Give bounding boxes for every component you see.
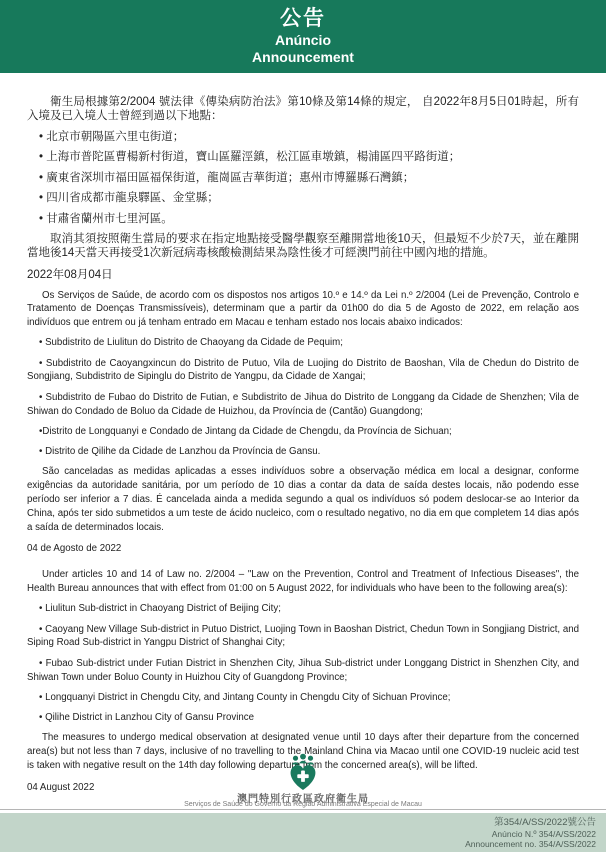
page-title-zh: 公告 [0, 6, 606, 32]
pt-location-item: • Distrito de Qilihe da Cidade de Lanzho… [27, 445, 579, 459]
zh-date: 2022年08月04日 [27, 268, 579, 282]
footer-reference-bar: 第354/A/SS/2022號公告 Anúncio N.º 354/A/SS/2… [0, 813, 606, 852]
zh-location-item: • 甘肅省蘭州市七里河區。 [27, 212, 579, 226]
page-title-en: Announcement [0, 49, 606, 66]
footer-divider [0, 809, 606, 810]
pt-location-item: •Distrito de Longquanyi e Condado de Jin… [27, 425, 579, 439]
en-location-item: • Fubao Sub-district under Futian Distri… [27, 657, 579, 685]
zh-location-item: • 上海市普陀區曹楊新村街道，寶山區羅涇鎮，松江區車墩鎮，楊浦區四平路街道； [27, 150, 579, 164]
en-location-item: • Longquanyi District in Chengdu City, a… [27, 691, 579, 705]
page-title-pt: Anúncio [0, 32, 606, 49]
announcement-number-pt: Anúncio N.º 354/A/SS/2022 [0, 829, 596, 839]
zh-location-item: • 廣東省深圳市福田區福保街道，龍崗區吉華街道；惠州市博羅縣石灣鎮； [27, 171, 579, 185]
en-location-item: • Liulitun Sub-district in Chaoyang Dist… [27, 602, 579, 616]
zh-intro-paragraph: 衛生局根據第2/2004 號法律《傳染病防治法》第10條及第14條的規定， 自2… [27, 95, 579, 123]
pt-location-item: • Subdistrito de Liulitun do Distrito de… [27, 336, 579, 350]
announcement-number-zh: 第354/A/SS/2022號公告 [0, 817, 596, 829]
announcement-page: 公告 Anúncio Announcement 衛生局根據第2/2004 號法律… [0, 0, 606, 852]
document-body: 衛生局根據第2/2004 號法律《傳染病防治法》第10條及第14條的規定， 自2… [0, 73, 606, 795]
header-banner: 公告 Anúncio Announcement [0, 0, 606, 73]
zh-location-item: • 北京市朝陽區六里屯街道； [27, 130, 579, 144]
zh-closing-paragraph: 取消其須按照衛生當局的要求在指定地點接受醫學觀察至離開當地後10天，但最短不少於… [27, 232, 579, 260]
pt-location-item: • Subdistrito de Fubao do Distrito de Fu… [27, 391, 579, 419]
en-location-item: • Qilihe District in Lanzhou City of Gan… [27, 711, 579, 725]
footer-org-name-pt: Serviços de Saúde do Governo da Região A… [0, 801, 606, 808]
health-bureau-heart-cross-logo-icon [283, 753, 323, 791]
section-chinese: 衛生局根據第2/2004 號法律《傳染病防治法》第10條及第14條的規定， 自2… [27, 95, 579, 282]
en-location-item: • Caoyang New Village Sub-district in Pu… [27, 623, 579, 651]
pt-closing-paragraph: São canceladas as medidas aplicadas a es… [27, 465, 579, 534]
zh-location-item: • 四川省成都市龍泉驛區、金堂縣； [27, 191, 579, 205]
announcement-number-en: Announcement no. 354/A/SS/2022 [0, 839, 596, 849]
section-portuguese: Os Serviços de Saúde, de acordo com os d… [27, 289, 579, 557]
pt-intro-paragraph: Os Serviços de Saúde, de acordo com os d… [27, 289, 579, 330]
pt-location-item: • Subdistrito de Caoyangxincun do Distri… [27, 357, 579, 385]
pt-date: 04 de Agosto de 2022 [27, 542, 579, 556]
en-intro-paragraph: Under articles 10 and 14 of Law no. 2/20… [27, 568, 579, 596]
